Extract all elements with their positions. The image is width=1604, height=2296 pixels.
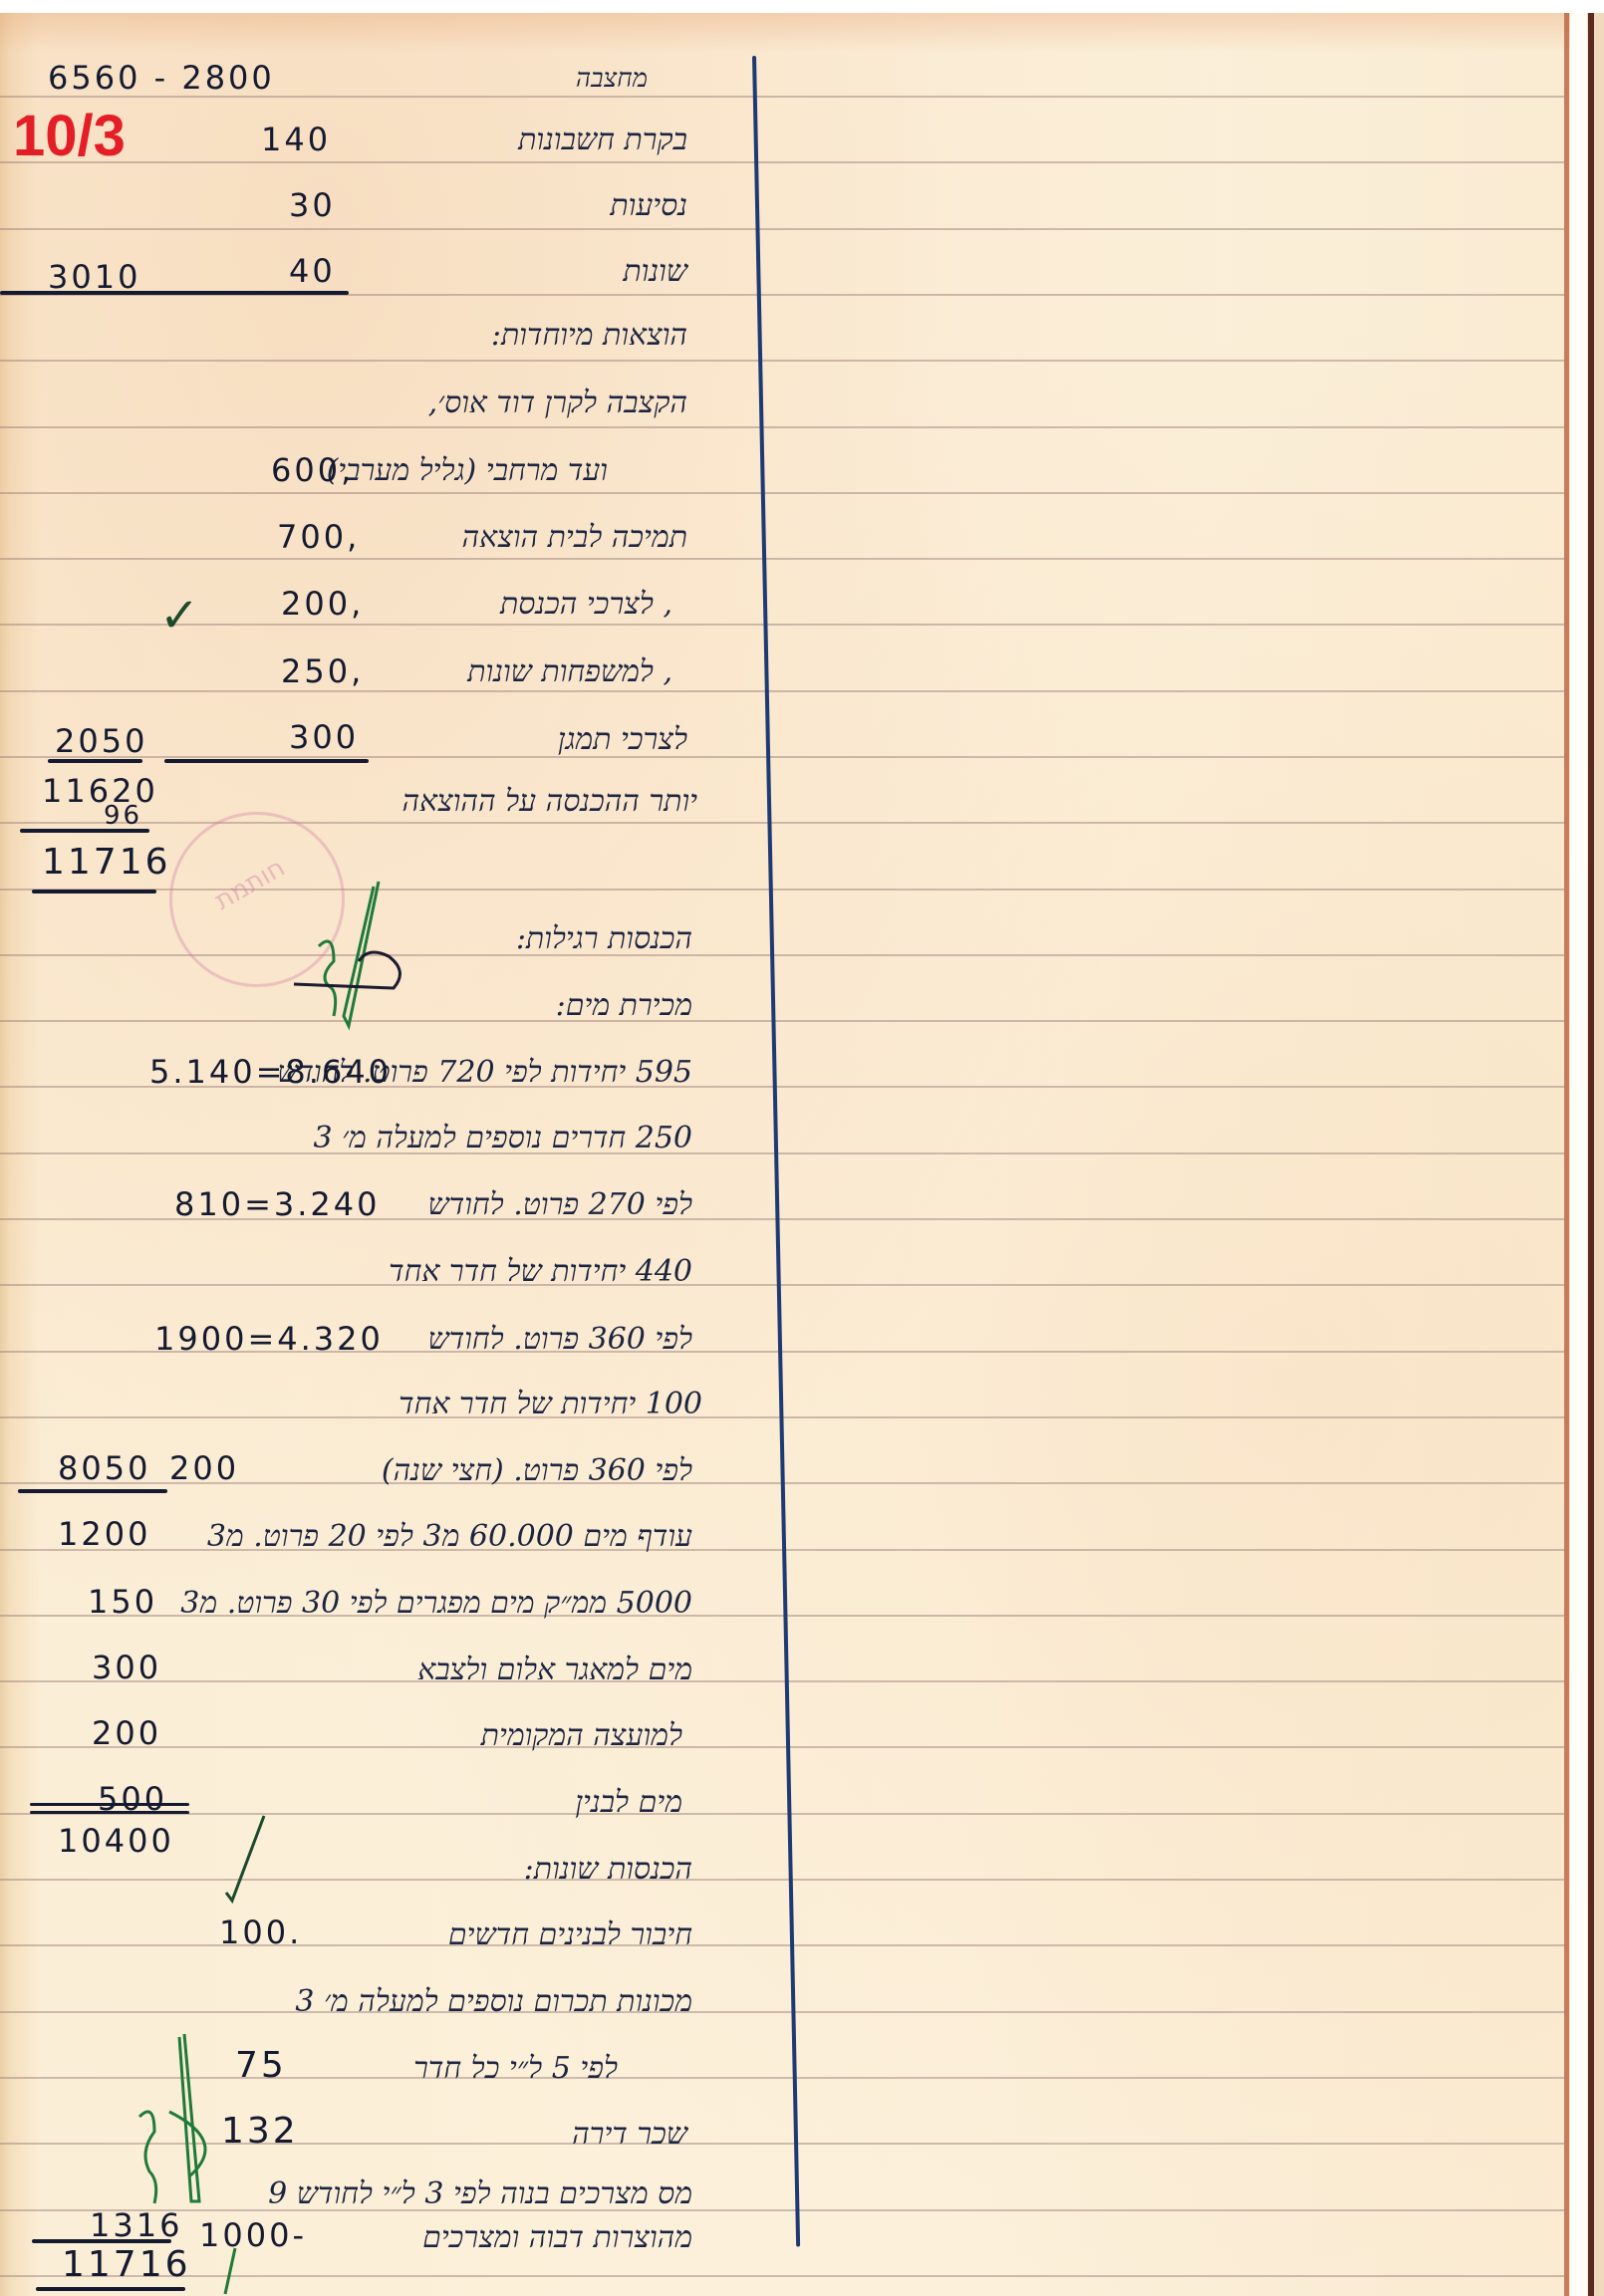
row-label: שכר דירה xyxy=(572,2120,687,2150)
ruled-line xyxy=(0,1020,1564,1022)
checkmark-icon xyxy=(224,1813,274,1908)
subtotal: 150 xyxy=(88,1586,157,1618)
underline xyxy=(48,759,142,763)
underline xyxy=(36,2287,185,2291)
grand-total: 11716 xyxy=(42,845,171,881)
total-line-addition: 96 xyxy=(104,803,142,829)
row-amount: 140 xyxy=(261,124,331,155)
row-label: , למשפחות שונות xyxy=(467,657,672,687)
subtotal: 3010 xyxy=(48,261,140,293)
subtotal: 300 xyxy=(92,1652,161,1683)
row-label: לפי 5 ל״י כל חדר xyxy=(413,2054,618,2084)
ruled-line xyxy=(0,624,1564,626)
underline xyxy=(0,291,349,295)
section-heading: הכנסות רגילות: xyxy=(516,924,692,954)
row-label: מכונות תכרום נוספים למעלה מ׳ 3 xyxy=(295,1987,692,2017)
checkmark-icon xyxy=(219,2246,239,2296)
ruled-line xyxy=(0,2209,1564,2211)
stamp-text: חותמת xyxy=(210,853,291,916)
subtotal: 8050 xyxy=(58,1452,150,1484)
grand-total: 11716 xyxy=(62,2247,191,2283)
row-label: מס מצרכים בנוה לפי 3 ל״י לחודש 9 xyxy=(268,2179,692,2209)
ruled-line xyxy=(0,558,1564,560)
section-heading: הוצאות מיוחדות: xyxy=(491,321,687,351)
page-label: 10/3 xyxy=(13,108,126,165)
row-amount: 700, xyxy=(277,521,360,553)
row-label: מהוצרות דבוה ומצרכים xyxy=(422,2223,692,2253)
section-total: 10400 xyxy=(58,1825,174,1857)
row-label: לצרכי תמגן xyxy=(558,725,687,755)
underline xyxy=(32,2239,171,2243)
row-label: לפי 360 פרוט. (חצי שנה) xyxy=(382,1456,692,1486)
double-underline-top xyxy=(30,1803,189,1806)
row-label: עודף מים 60.000 מ3 לפי 20 פרוט. מ3 xyxy=(207,1522,692,1552)
ruled-line xyxy=(0,1152,1564,1154)
ruled-line xyxy=(0,1680,1564,1682)
ruled-line xyxy=(0,756,1564,758)
row-amount: 40 xyxy=(289,255,336,287)
ruled-line xyxy=(0,492,1564,494)
ruled-line xyxy=(0,228,1564,230)
row-amount: 200 xyxy=(169,1452,239,1484)
row-amount: 300 xyxy=(289,721,359,753)
ruled-line xyxy=(0,1746,1564,1748)
row-amount: 100. xyxy=(219,1916,302,1948)
row-label: שונות xyxy=(623,257,687,287)
row-label: למועצה המקומית xyxy=(481,1721,682,1751)
row-label: 440 יחידות של חדר אחד xyxy=(389,1257,692,1287)
ledger-page xyxy=(0,13,1604,2296)
page-top-stain xyxy=(0,13,1604,53)
section-heading: הכנסות שונות: xyxy=(524,1855,692,1885)
row-calc: 5.140=8.640 xyxy=(149,1056,392,1088)
subtotal: 1316 xyxy=(90,2209,182,2241)
row-amount: 75 xyxy=(235,2048,287,2084)
subtotal: 200 xyxy=(92,1717,161,1749)
row-calc: 810=3.240 xyxy=(174,1188,381,1220)
ruled-line xyxy=(0,426,1564,428)
signature-icon xyxy=(130,2032,239,2206)
signature-icon xyxy=(289,877,408,1036)
underline xyxy=(20,829,149,833)
ruled-line xyxy=(0,2011,1564,2013)
row-label: בקרת חשבונות xyxy=(518,126,687,155)
row-amount: 30 xyxy=(289,189,336,221)
row-label: ועד מרחבי (גליל מערבי) xyxy=(327,456,608,486)
ruled-line xyxy=(0,360,1564,362)
double-underline-bottom xyxy=(30,1811,189,1814)
underline xyxy=(164,759,369,763)
page-edge-line xyxy=(1564,13,1569,2296)
checkmark-icon: ✓ xyxy=(159,588,199,643)
next-page-edge xyxy=(1594,13,1604,2296)
row-amount: 1000- xyxy=(199,2219,307,2251)
row-label: חיבור לבנינים חדשים xyxy=(448,1920,692,1950)
row-label: 5000 ממ״ק מים מפגרים לפי 30 פרוט. מ3 xyxy=(180,1589,692,1619)
row-label: מים למאגר אלום ולצבא xyxy=(417,1656,692,1685)
row-label: לפי 360 פרוט. לחודש xyxy=(428,1325,692,1355)
row-label: 100 יחידות של חדר אחד xyxy=(399,1390,702,1419)
row-label: מים לבנין xyxy=(575,1788,682,1818)
page-edge-gap xyxy=(1570,13,1587,2296)
ruled-line xyxy=(0,690,1564,692)
row-amount: 200, xyxy=(281,588,364,620)
surplus-label: יותר ההכנסה על ההוצאה xyxy=(401,787,697,817)
row-label: לפי 270 פרוט. לחודש xyxy=(428,1190,692,1220)
subtotal: 1200 xyxy=(58,1518,150,1550)
row-amount: 600, xyxy=(271,454,354,486)
section-intro: הקצבה לקרן דוד אוס׳, xyxy=(428,388,687,418)
ruled-line xyxy=(0,161,1564,163)
subtotal: 2050 xyxy=(55,725,147,757)
header-title: מחצבה xyxy=(576,66,648,92)
row-label: נסיעות xyxy=(610,191,687,221)
header-numbers: 6560 - 2800 xyxy=(48,62,275,94)
row-amount: 250, xyxy=(281,655,364,687)
row-label: , לצרכי הכנסת xyxy=(500,590,672,620)
row-label: תמיכה לבית הוצאה xyxy=(462,523,687,553)
underline xyxy=(18,1489,167,1493)
row-calc: 1900=4.320 xyxy=(154,1323,384,1355)
section-subheading: מכירת מים: xyxy=(556,991,692,1021)
underline xyxy=(32,890,156,893)
ruled-line xyxy=(0,1284,1564,1286)
row-label: 250 חדרים נוספים למעלה מ׳ 3 xyxy=(313,1124,692,1153)
